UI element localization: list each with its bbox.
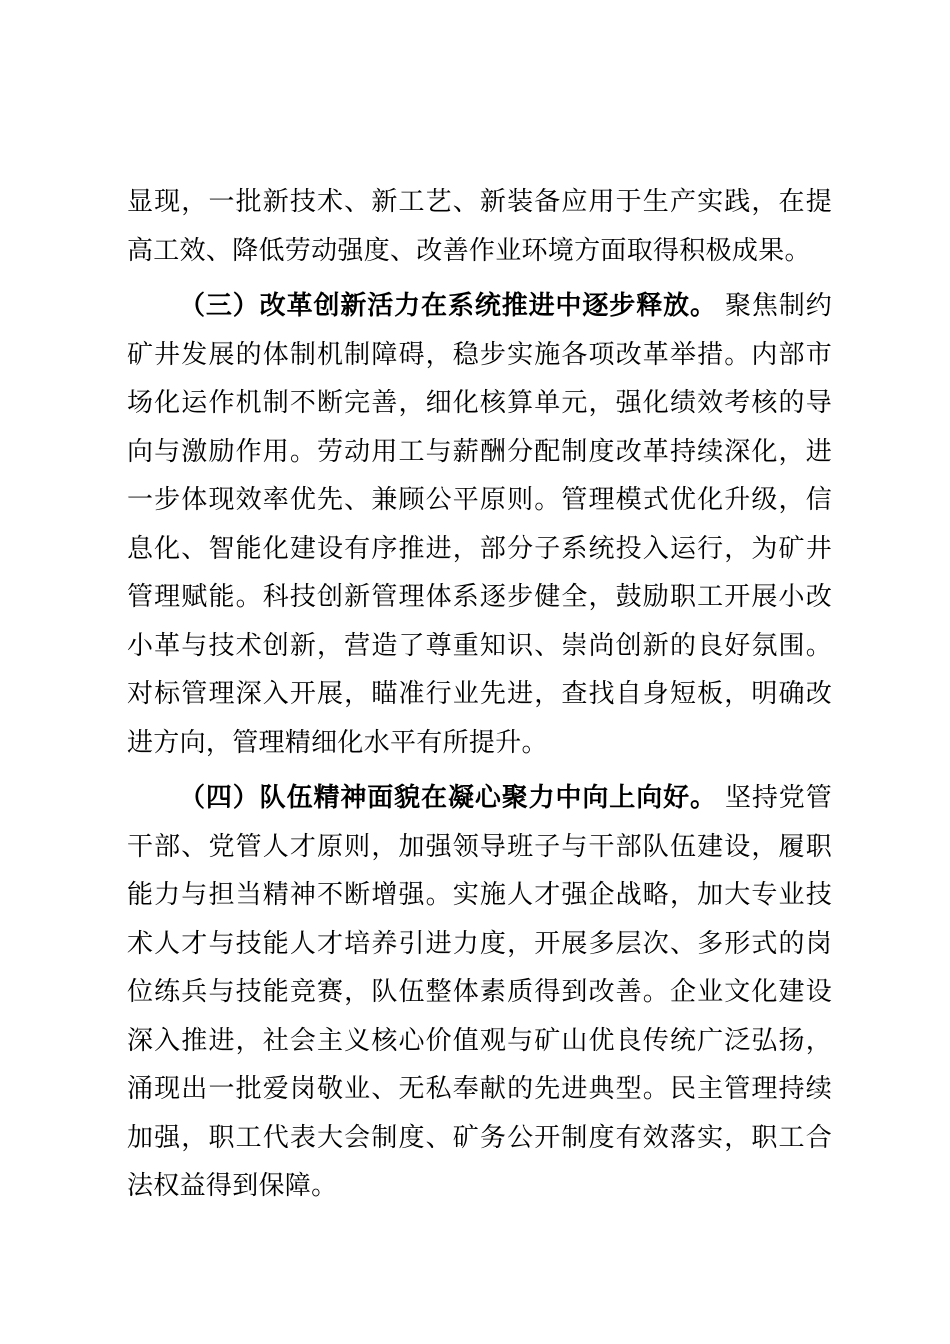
section-heading: （四）队伍精神面貌在凝心聚力中向上向好。	[179, 782, 717, 812]
paragraph-text: 聚焦制约矿井发展的体制机制障碍，稳步实施各项改革举措。内部市场化运作机制不断完善…	[127, 290, 832, 757]
paragraph-continuation: 显现，一批新技术、新工艺、新装备应用于生产实践，在提高工效、降低劳动强度、改善作…	[127, 177, 832, 274]
section-heading: （三）改革创新活力在系统推进中逐步释放。	[179, 290, 717, 320]
paragraph-text: 显现，一批新技术、新工艺、新装备应用于生产实践，在提高工效、降低劳动强度、改善作…	[127, 186, 832, 265]
document-page: 显现，一批新技术、新工艺、新装备应用于生产实践，在提高工效、降低劳动强度、改善作…	[0, 0, 950, 1344]
paragraph-section-4: （四）队伍精神面貌在凝心聚力中向上向好。 坚持党管干部、党管人才原则，加强领导班…	[127, 773, 832, 1210]
paragraph-section-3: （三）改革创新活力在系统推进中逐步释放。 聚焦制约矿井发展的体制机制障碍，稳步实…	[127, 281, 832, 766]
paragraph-text: 坚持党管干部、党管人才原则，加强领导班子与干部队伍建设，履职能力与担当精神不断增…	[127, 782, 832, 1200]
